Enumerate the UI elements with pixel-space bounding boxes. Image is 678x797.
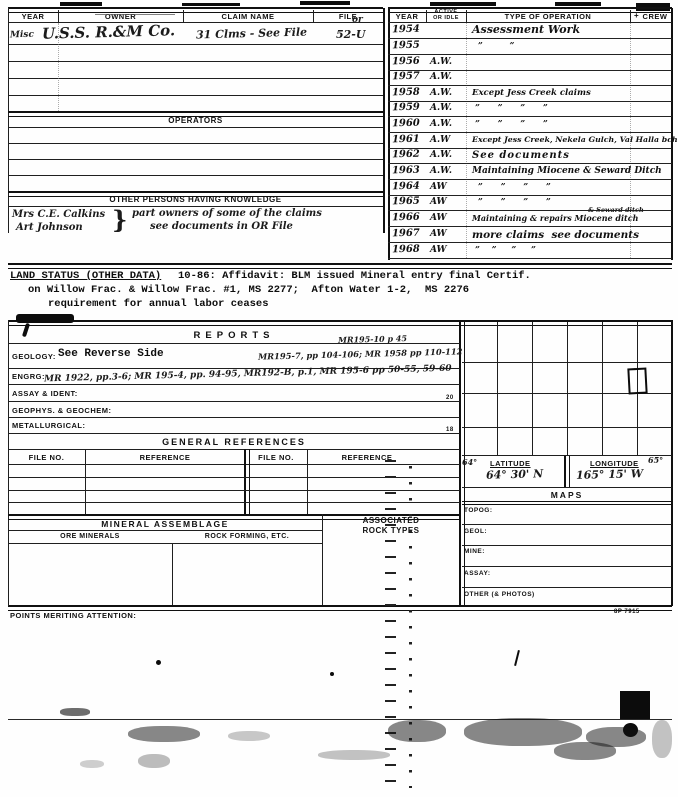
op-year: 1955: [392, 40, 420, 52]
reports-box-top: [8, 320, 672, 326]
points-meriting-attention-label: POINTS MERITING ATTENTION:: [10, 611, 136, 620]
op-year: 1959: [392, 102, 420, 114]
scan-artifact: [60, 2, 102, 6]
op-type: See documents: [472, 150, 570, 161]
scan-artifact-square: [620, 691, 650, 719]
owner-table-col-claim: CLAIM NAME: [183, 12, 313, 21]
ref-col-file1: FILE NO.: [8, 453, 85, 462]
op-col-crew: CREW: [638, 12, 672, 21]
op-year: 1965: [392, 196, 420, 208]
grid-line-v: [567, 322, 568, 455]
op-type: Maintaining Miocene & Seward Ditch: [472, 166, 662, 176]
scan-artifact: [430, 2, 496, 6]
owner-entry-claim: 31 Clms - See File: [196, 26, 307, 42]
op-status: A.W: [430, 135, 450, 145]
scan-smudge: [388, 720, 446, 742]
person-2-name: Art Johnson: [16, 222, 83, 233]
longitude-value: 165° 15' W: [576, 467, 643, 482]
op-type: Assessment Work: [472, 23, 580, 36]
maps-header-underline: [462, 501, 672, 505]
op-row-1961: 1961A.WExcept Jess Creek, Nekela Gulch, …: [388, 133, 672, 149]
scan-smudge: [80, 760, 104, 768]
op-status: A.W.: [430, 150, 452, 160]
op-year: 1963: [392, 165, 420, 177]
scan-smudge: [318, 750, 390, 760]
op-row-1967: 1967AWmore claims see documents: [388, 227, 672, 243]
op-col-status-line2: OR IDLE: [426, 15, 466, 21]
metallurgical-underline: [8, 433, 460, 434]
scan-artifact: [330, 672, 334, 676]
op-type: ” ” ” ”: [472, 197, 551, 207]
op-status: AW: [430, 245, 447, 255]
ref-col-file2: FILE NO.: [245, 453, 307, 462]
scan-artifact: [60, 708, 90, 716]
lat-lon-divider: [564, 456, 570, 487]
scan-smudge: [652, 720, 672, 758]
form-number: 8P 7915: [614, 609, 640, 615]
ruled-line: [8, 95, 383, 96]
maps-header: MAPS: [462, 490, 672, 500]
op-status: AW: [430, 182, 447, 192]
scan-artifact: [555, 2, 601, 6]
op-status: AW: [430, 213, 447, 223]
op-year: 1957: [392, 71, 420, 83]
ref-col-ref2: REFERENCE: [307, 453, 427, 462]
land-status-label: LAND STATUS (OTHER DATA): [10, 270, 161, 282]
maps-assay-label: ASSAY:: [464, 570, 490, 577]
op-status: AW: [430, 229, 447, 239]
op-type: Maintaining & repairs Miocene ditch: [472, 213, 638, 223]
geology-label: GEOLOGY:: [12, 352, 56, 361]
op-year: 1958: [392, 87, 420, 99]
scan-smudge: [586, 727, 646, 747]
op-type: ” ” ” ”: [472, 245, 536, 255]
op-row-1963: 1963A.W.Maintaining Miocene & Seward Dit…: [388, 164, 672, 180]
land-status-line3: requirement for annual labor ceases: [48, 298, 269, 310]
op-row-1959: 1959A.W. ” ” ” ”: [388, 101, 672, 117]
scan-artifact: [300, 1, 350, 5]
engrg-handwriting: MR 1922, pp.3-6; MR 195-4, pp. 94-95, MR…: [44, 364, 452, 385]
latitude-label: LATITUDE: [490, 459, 531, 468]
grid-line-h: [462, 362, 672, 363]
ruled-line: [8, 61, 383, 62]
rock-forming-col-header: ROCK FORMING, ETC.: [172, 533, 322, 540]
assay-ident-label: ASSAY & IDENT:: [12, 389, 78, 398]
grid-line-v: [532, 322, 533, 455]
latitude-hw-note: 64°: [462, 457, 477, 467]
engrg-label: ENGRG:: [12, 372, 45, 381]
latitude-value: 64° 30' N: [486, 467, 544, 481]
owner-entry-name: U.S.S. R.&M Co.: [42, 21, 176, 42]
op-type: ” ” ” ”: [472, 119, 548, 129]
land-status-line2: on Willow Frac. & Willow Frac. #1, MS 22…: [28, 284, 469, 296]
op-year: 1956: [392, 56, 420, 68]
maps-row-line: [462, 566, 672, 567]
metallurgical-label: METALLURGICAL:: [12, 421, 86, 430]
op-row-1964: 1964AW ” ” ” ”: [388, 180, 672, 196]
mineral-subheader-underline: [8, 543, 322, 544]
operators-header: OPERATORS: [8, 116, 383, 125]
grid-line-h: [462, 427, 672, 428]
hand-drawn-claim-square: [627, 368, 647, 395]
owner-entry-file: 52-U: [336, 28, 365, 41]
op-row-1958: 1958A.W.Except Jess Creek claims: [388, 86, 672, 102]
reports-box-left: [8, 320, 9, 606]
op-status: A.W.: [430, 88, 452, 98]
scan-smudge: [228, 731, 270, 741]
op-row-1957: 1957A.W.: [388, 70, 672, 86]
geology-typed-note: See Reverse Side: [58, 348, 164, 360]
person-1-name: Mrs C.E. Calkins: [12, 209, 105, 220]
geology-handwriting-top: MR195-10 p 45: [338, 333, 407, 345]
op-type: ” ”: [472, 41, 514, 51]
owner-entry-year: Misc: [10, 30, 34, 41]
brace-mark: }: [112, 205, 127, 234]
ref-table-mid-divider: [244, 449, 250, 514]
op-year: 1966: [392, 212, 420, 224]
scan-smudge: [138, 754, 170, 768]
geophys-geochem-label: GEOPHYS. & GEOCHEM:: [12, 406, 112, 415]
associated-col-divider: [322, 514, 323, 605]
grid-line-v: [497, 322, 498, 455]
owner-table-col-year: YEAR: [8, 12, 58, 21]
maps-mine-label: MINE:: [464, 548, 485, 555]
scan-smudge: [464, 718, 582, 746]
op-year: 1961: [392, 134, 420, 146]
other-persons-bar-bottom: [8, 206, 383, 207]
ruled-line: [8, 44, 383, 45]
op-status: A.W.: [430, 166, 452, 176]
op-col-year: YEAR: [388, 12, 426, 21]
ruled-line: [8, 78, 383, 79]
grid-line-v: [602, 322, 603, 455]
geophys-underline: [8, 417, 460, 418]
op-year: 1967: [392, 228, 420, 240]
op-row-1960: 1960A.W. ” ” ” ”: [388, 117, 672, 133]
general-references-header: GENERAL REFERENCES: [8, 437, 460, 447]
maps-row-line: [462, 587, 672, 588]
op-status: A.W.: [430, 103, 452, 113]
op-row-1954: 1954Assessment Work: [388, 23, 672, 39]
scan-smudge: [128, 726, 200, 742]
scanned-mining-record-card: YEAR OWNER CLAIM NAME FILE Misc U.S.S. R…: [0, 0, 678, 797]
persons-note-2: see documents in OR File: [150, 221, 293, 232]
op-type: ” ” ” ”: [472, 182, 551, 192]
land-status-line1: 10-86: Affidavit: BLM issued Mineral ent…: [178, 270, 531, 282]
owner-entry-file-note: or: [352, 15, 363, 25]
ore-minerals-col-header: ORE MINERALS: [8, 533, 172, 540]
op-status: A.W.: [430, 119, 452, 129]
general-references-underline: [8, 449, 460, 450]
ruled-line: [8, 175, 383, 176]
op-year: 1964: [392, 181, 420, 193]
owner-header-underline: [8, 22, 383, 23]
scan-artifact: [182, 3, 240, 6]
scan-artifact: [16, 314, 74, 323]
assay-underline: [8, 401, 460, 402]
ruled-line: [8, 159, 383, 160]
ruled-line: [8, 143, 383, 144]
op-row-1968: 1968AW ” ” ” ”: [388, 243, 672, 259]
owner-table-right-border: [383, 8, 385, 233]
maps-row-line: [462, 545, 672, 546]
op-year: 1968: [392, 244, 420, 256]
op-type: more claims see documents: [472, 229, 639, 241]
scan-artifact: [156, 660, 161, 665]
geology-handwriting: MR195-7, pp 104-106; MR 1958 pp 110-112: [258, 346, 463, 361]
op-row-1962: 1962A.W.See documents: [388, 148, 672, 164]
op-row-1966-note: & Seward ditch: [588, 206, 644, 214]
op-row-1955: 1955 ” ”: [388, 39, 672, 55]
maps-other-label: OTHER (& PHOTOS): [464, 591, 535, 598]
scan-artifact: [514, 650, 520, 666]
scan-line: [8, 719, 672, 720]
ref-col-ref1: REFERENCE: [85, 453, 245, 462]
longitude-hw-note: 65°: [648, 455, 663, 465]
maps-geol-label: GEOL:: [464, 528, 487, 535]
mineral-header-underline: [8, 530, 322, 531]
op-type: Except Jess Creek, Nekela Gulch, Val Hal…: [472, 135, 678, 144]
ref-table-divider: [85, 449, 86, 514]
op-type: Except Jess Creek claims: [472, 88, 591, 98]
op-col-type: TYPE OF OPERATION: [466, 12, 630, 21]
scan-artifact: [95, 14, 175, 15]
engrg-underline: [8, 384, 460, 385]
ref-table-divider: [307, 449, 308, 514]
section-divider: [8, 263, 672, 269]
op-status: A.W.: [430, 72, 452, 82]
owner-table-col-file: FILE: [313, 12, 383, 21]
operators-bar-bottom: [8, 127, 383, 128]
maps-row-line: [462, 524, 672, 525]
column-guide: [58, 23, 59, 111]
lat-lon-bottom: [462, 487, 672, 488]
other-persons-header: OTHER PERSONS HAVING KNOWLEDGE: [8, 195, 383, 204]
op-status: AW: [430, 197, 447, 207]
persons-note-1: part owners of some of the claims: [132, 208, 322, 219]
op-row-1956: 1956A.W.: [388, 55, 672, 71]
op-year: 1960: [392, 118, 420, 130]
mineral-assemblage-header: MINERAL ASSEMBLAGE: [8, 519, 322, 529]
op-type: ” ” ” ”: [472, 103, 548, 113]
op-year: 1954: [392, 24, 420, 36]
maps-topo-label: TOPOG:: [464, 507, 493, 514]
op-year: 1962: [392, 149, 420, 161]
mineral-col-divider: [172, 543, 173, 605]
op-status: A.W.: [430, 57, 452, 67]
